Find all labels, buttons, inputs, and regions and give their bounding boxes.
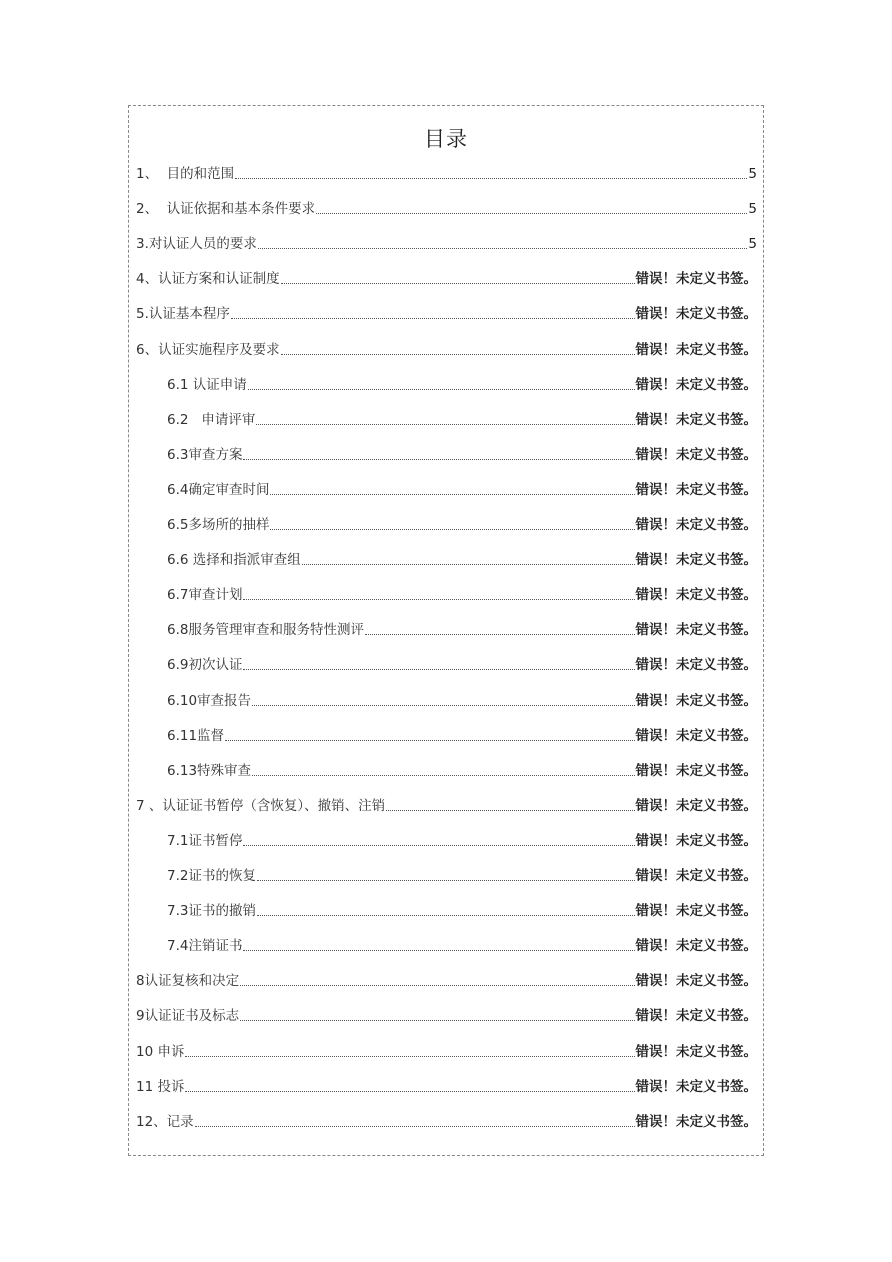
toc-entry-label: 6.11监督 — [167, 727, 224, 745]
toc-entry-error-text: 错误！未定义书签。 — [636, 481, 758, 499]
toc-entry[interactable]: 5.认证基本程序错误！未定义书签。 — [136, 301, 757, 323]
toc-dot-leader — [185, 1090, 634, 1092]
toc-entry[interactable]: 2、 认证依据和基本条件要求5 — [136, 196, 757, 218]
toc-entry-label: 7.4注销证书 — [167, 937, 242, 955]
toc-entry[interactable]: 6.4确定审查时间错误！未定义书签。 — [167, 477, 757, 499]
toc-entry-label: 7.3证书的撤销 — [167, 902, 256, 920]
toc-dot-leader — [257, 914, 635, 916]
toc-dot-leader — [270, 493, 634, 495]
toc-entry-label: 3.对认证人员的要求 — [136, 235, 257, 253]
toc-entry-error-text: 错误！未定义书签。 — [636, 1078, 758, 1096]
toc-entry-error-text: 错误！未定义书签。 — [636, 867, 758, 885]
toc-entry-label: 10 申诉 — [136, 1043, 184, 1061]
toc-entry-error-text: 错误！未定义书签。 — [636, 621, 758, 639]
toc-entry-label: 6.4确定审查时间 — [167, 481, 269, 499]
toc-entry-label: 11 投诉 — [136, 1078, 184, 1096]
toc-entry-error-text: 错误！未定义书签。 — [636, 516, 758, 534]
toc-entry[interactable]: 7 、认证证书暂停（含恢复）、撤销、注销错误！未定义书签。 — [136, 793, 757, 815]
toc-entry[interactable]: 7.4注销证书错误！未定义书签。 — [167, 933, 757, 955]
toc-dot-leader — [256, 423, 634, 425]
toc-entry-error-text: 错误！未定义书签。 — [636, 656, 758, 674]
toc-entry[interactable]: 6.13特殊审查错误！未定义书签。 — [167, 758, 757, 780]
toc-dot-leader — [243, 458, 634, 460]
toc-entry[interactable]: 6.2 申请评审错误！未定义书签。 — [167, 407, 757, 429]
toc-entry-error-text: 错误！未定义书签。 — [636, 446, 758, 464]
toc-entry[interactable]: 7.1证书暂停错误！未定义书签。 — [167, 828, 757, 850]
toc-entry[interactable]: 4、认证方案和认证制度错误！未定义书签。 — [136, 266, 757, 288]
toc-entry[interactable]: 12、记录错误！未定义书签。 — [136, 1109, 757, 1131]
toc-entry-error-text: 错误！未定义书签。 — [636, 797, 758, 815]
toc-entry-error-text: 错误！未定义书签。 — [636, 376, 758, 394]
toc-entry-label: 8认证复核和决定 — [136, 972, 239, 990]
toc-entry-error-text: 错误！未定义书签。 — [636, 972, 758, 990]
toc-entry-error-text: 错误！未定义书签。 — [636, 341, 758, 359]
toc-entry-label: 6.8服务管理审查和服务特性测评 — [167, 621, 364, 639]
toc-dot-leader — [243, 668, 634, 670]
toc-entry-error-text: 错误！未定义书签。 — [636, 937, 758, 955]
toc-entry[interactable]: 6.1 认证申请错误！未定义书签。 — [167, 372, 757, 394]
toc-entry-label: 6、认证实施程序及要求 — [136, 341, 280, 359]
toc-entry-page-number: 5 — [748, 235, 757, 253]
toc-entry[interactable]: 6.5多场所的抽样错误！未定义书签。 — [167, 512, 757, 534]
toc-entry-error-text: 错误！未定义书签。 — [636, 1113, 758, 1131]
toc-entry[interactable]: 6.8服务管理审查和服务特性测评错误！未定义书签。 — [167, 617, 757, 639]
toc-entry-label: 6.7审查计划 — [167, 586, 242, 604]
toc-dot-leader — [240, 984, 634, 986]
toc-dot-leader — [225, 739, 634, 741]
toc-entry-error-text: 错误！未定义书签。 — [636, 902, 758, 920]
toc-dot-leader — [195, 1125, 635, 1127]
toc-entry[interactable]: 9认证证书及标志错误！未定义书签。 — [136, 1003, 757, 1025]
toc-entry[interactable]: 7.3证书的撤销错误！未定义书签。 — [167, 898, 757, 920]
toc-dot-leader — [243, 598, 634, 600]
toc-title: 目录 — [129, 123, 763, 153]
toc-entry-label: 6.13特殊审查 — [167, 762, 251, 780]
toc-entry[interactable]: 6.6 选择和指派审查组错误！未定义书签。 — [167, 547, 757, 569]
toc-entry-label: 6.10审查报告 — [167, 692, 251, 710]
toc-entry[interactable]: 6、认证实施程序及要求错误！未定义书签。 — [136, 337, 757, 359]
toc-entry-label: 6.1 认证申请 — [167, 376, 247, 394]
toc-dot-leader — [252, 774, 634, 776]
toc-dot-leader — [185, 1055, 634, 1057]
toc-entry-error-text: 错误！未定义书签。 — [636, 586, 758, 604]
toc-dot-leader — [281, 353, 635, 355]
toc-entry[interactable]: 6.11监督错误！未定义书签。 — [167, 723, 757, 745]
toc-dot-leader — [240, 1019, 634, 1021]
toc-entry-error-text: 错误！未定义书签。 — [636, 832, 758, 850]
toc-dot-leader — [270, 528, 634, 530]
toc-entry-label: 5.认证基本程序 — [136, 305, 230, 323]
toc-container: 目录 1、 目的和范围52、 认证依据和基本条件要求53.对认证人员的要求54、… — [128, 105, 764, 1156]
toc-entry[interactable]: 6.9初次认证错误！未定义书签。 — [167, 652, 757, 674]
toc-entry[interactable]: 7.2证书的恢复错误！未定义书签。 — [167, 863, 757, 885]
toc-entry-error-text: 错误！未定义书签。 — [636, 411, 758, 429]
toc-entry-page-number: 5 — [748, 165, 757, 183]
toc-dot-leader — [257, 879, 635, 881]
toc-entry-error-text: 错误！未定义书签。 — [636, 305, 758, 323]
toc-entry-label: 12、记录 — [136, 1113, 194, 1131]
toc-entry[interactable]: 8认证复核和决定错误！未定义书签。 — [136, 968, 757, 990]
toc-dot-leader — [231, 317, 635, 319]
toc-entry[interactable]: 6.7审查计划错误！未定义书签。 — [167, 582, 757, 604]
toc-dot-leader — [281, 282, 635, 284]
toc-entry-label: 6.5多场所的抽样 — [167, 516, 269, 534]
toc-dot-leader — [248, 388, 635, 390]
toc-entry[interactable]: 3.对认证人员的要求5 — [136, 231, 757, 253]
toc-dot-leader — [235, 177, 747, 179]
toc-entry-label: 6.6 选择和指派审查组 — [167, 551, 301, 569]
toc-entry[interactable]: 10 申诉错误！未定义书签。 — [136, 1039, 757, 1061]
toc-entry-error-text: 错误！未定义书签。 — [636, 1043, 758, 1061]
toc-entry-error-text: 错误！未定义书签。 — [636, 762, 758, 780]
toc-entry-label: 7 、认证证书暂停（含恢复）、撤销、注销 — [136, 797, 385, 815]
toc-entry[interactable]: 1、 目的和范围5 — [136, 161, 757, 183]
toc-dot-leader — [243, 844, 634, 846]
toc-entry[interactable]: 6.10审查报告错误！未定义书签。 — [167, 688, 757, 710]
toc-dot-leader — [258, 247, 748, 249]
toc-entry-page-number: 5 — [748, 200, 757, 218]
toc-dot-leader — [302, 563, 635, 565]
toc-entry[interactable]: 6.3审查方案错误！未定义书签。 — [167, 442, 757, 464]
toc-entry-error-text: 错误！未定义书签。 — [636, 1007, 758, 1025]
toc-dot-leader — [386, 809, 634, 811]
toc-entry-error-text: 错误！未定义书签。 — [636, 727, 758, 745]
toc-entry-label: 6.9初次认证 — [167, 656, 242, 674]
toc-entry-label: 2、 认证依据和基本条件要求 — [136, 200, 315, 218]
toc-dot-leader — [316, 212, 747, 214]
toc-entry-label: 9认证证书及标志 — [136, 1007, 239, 1025]
toc-dot-leader — [252, 704, 634, 706]
toc-entry-label: 7.1证书暂停 — [167, 832, 242, 850]
toc-entry-error-text: 错误！未定义书签。 — [636, 270, 758, 288]
toc-entry-label: 6.2 申请评审 — [167, 411, 255, 429]
toc-entry-label: 4、认证方案和认证制度 — [136, 270, 280, 288]
toc-entry-label: 1、 目的和范围 — [136, 165, 234, 183]
toc-entry-error-text: 错误！未定义书签。 — [636, 551, 758, 569]
toc-entry-error-text: 错误！未定义书签。 — [636, 692, 758, 710]
toc-entry[interactable]: 11 投诉错误！未定义书签。 — [136, 1074, 757, 1096]
toc-entry-label: 7.2证书的恢复 — [167, 867, 256, 885]
toc-entry-label: 6.3审查方案 — [167, 446, 242, 464]
toc-dot-leader — [243, 949, 634, 951]
toc-dot-leader — [365, 633, 635, 635]
